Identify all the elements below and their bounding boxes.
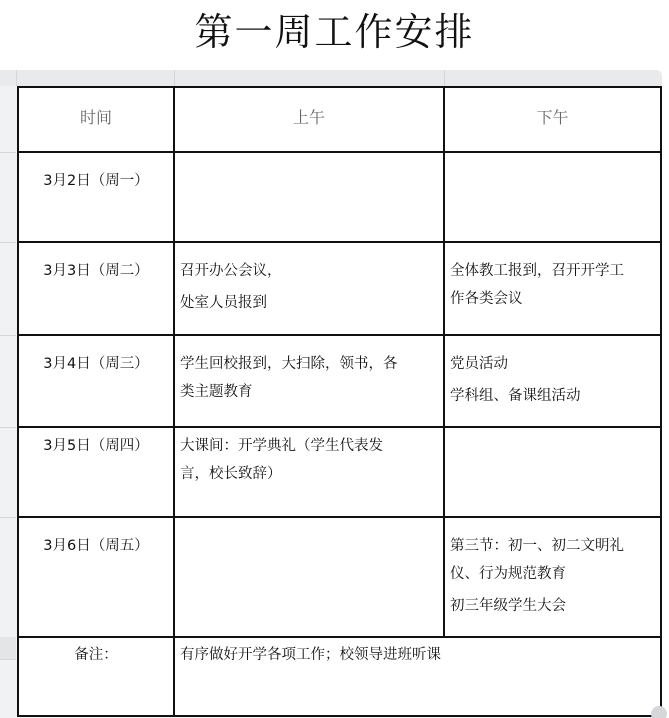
- header-time[interactable]: 时间: [19, 104, 173, 132]
- morning-cell[interactable]: 学生回校报到，大扫除，领书，各 类主题教育: [180, 350, 442, 406]
- morning-line: 学生回校报到，大扫除，领书，各: [180, 350, 442, 378]
- row-divider: [0, 242, 16, 243]
- date-cell[interactable]: 3月6日（周五）: [19, 532, 173, 560]
- morning-line: 召开办公会议，: [180, 257, 442, 285]
- column-header-b[interactable]: [175, 70, 445, 86]
- date-cell[interactable]: 3月5日（周四）: [19, 432, 173, 460]
- table-border-bottom: [17, 715, 662, 717]
- morning-cell[interactable]: 召开办公会议， 处室人员报到: [180, 257, 442, 317]
- afternoon-cell[interactable]: 全体教工报到，召开开学工 作各类会议: [450, 257, 660, 313]
- morning-line: 处室人员报到: [180, 289, 442, 317]
- table-border-right: [660, 86, 662, 717]
- row-divider: [0, 335, 16, 336]
- row-divider: [0, 517, 16, 518]
- note-text[interactable]: 有序做好开学各项工作；校领导进班听课: [180, 641, 658, 669]
- morning-line: 言，校长致辞）: [180, 460, 442, 488]
- date-cell[interactable]: 3月2日（周一）: [19, 167, 173, 195]
- morning-cell[interactable]: 大课间：开学典礼（学生代表发 言，校长致辞）: [180, 432, 442, 488]
- select-all-corner[interactable]: [0, 70, 17, 86]
- morning-line: 类主题教育: [180, 378, 442, 406]
- column-header-c[interactable]: [445, 70, 662, 86]
- afternoon-cell[interactable]: [445, 153, 660, 241]
- resize-handle[interactable]: [651, 706, 667, 718]
- column-header-a[interactable]: [17, 70, 175, 86]
- note-label[interactable]: 备注：: [19, 641, 173, 669]
- page-title: 第一周工作安排: [0, 6, 669, 58]
- afternoon-cell[interactable]: 党员活动 学科组、备课组活动: [450, 350, 660, 410]
- afternoon-line: 初三年级学生大会: [450, 592, 660, 620]
- table-border-top: [17, 86, 662, 88]
- afternoon-line: 党员活动: [450, 350, 660, 378]
- afternoon-line: 仪、行为规范教育: [450, 560, 660, 588]
- afternoon-cell[interactable]: 第三节：初一、初二文明礼 仪、行为规范教育 初三年级学生大会: [450, 532, 660, 620]
- morning-cell[interactable]: [175, 153, 443, 241]
- afternoon-line: 第三节：初一、初二文明礼: [450, 532, 660, 560]
- date-cell[interactable]: 3月4日（周三）: [19, 350, 173, 378]
- header-afternoon[interactable]: 下午: [445, 104, 660, 132]
- afternoon-line: 学科组、备课组活动: [450, 382, 660, 410]
- afternoon-line: 全体教工报到，召开开学工: [450, 257, 660, 285]
- row-selected-marker: [0, 637, 16, 659]
- morning-line: 大课间：开学典礼（学生代表发: [180, 432, 442, 460]
- afternoon-line: 作各类会议: [450, 285, 660, 313]
- row-divider: [0, 659, 16, 660]
- row-divider: [17, 334, 662, 336]
- header-morning[interactable]: 上午: [175, 104, 443, 132]
- date-cell[interactable]: 3月3日（周二）: [19, 257, 173, 285]
- row-divider: [17, 636, 662, 638]
- row-divider: [0, 427, 16, 428]
- morning-cell[interactable]: [175, 518, 443, 636]
- row-divider: [17, 241, 662, 243]
- row-header-gutter[interactable]: [0, 86, 16, 718]
- row-divider: [0, 152, 16, 153]
- afternoon-cell[interactable]: [445, 428, 660, 516]
